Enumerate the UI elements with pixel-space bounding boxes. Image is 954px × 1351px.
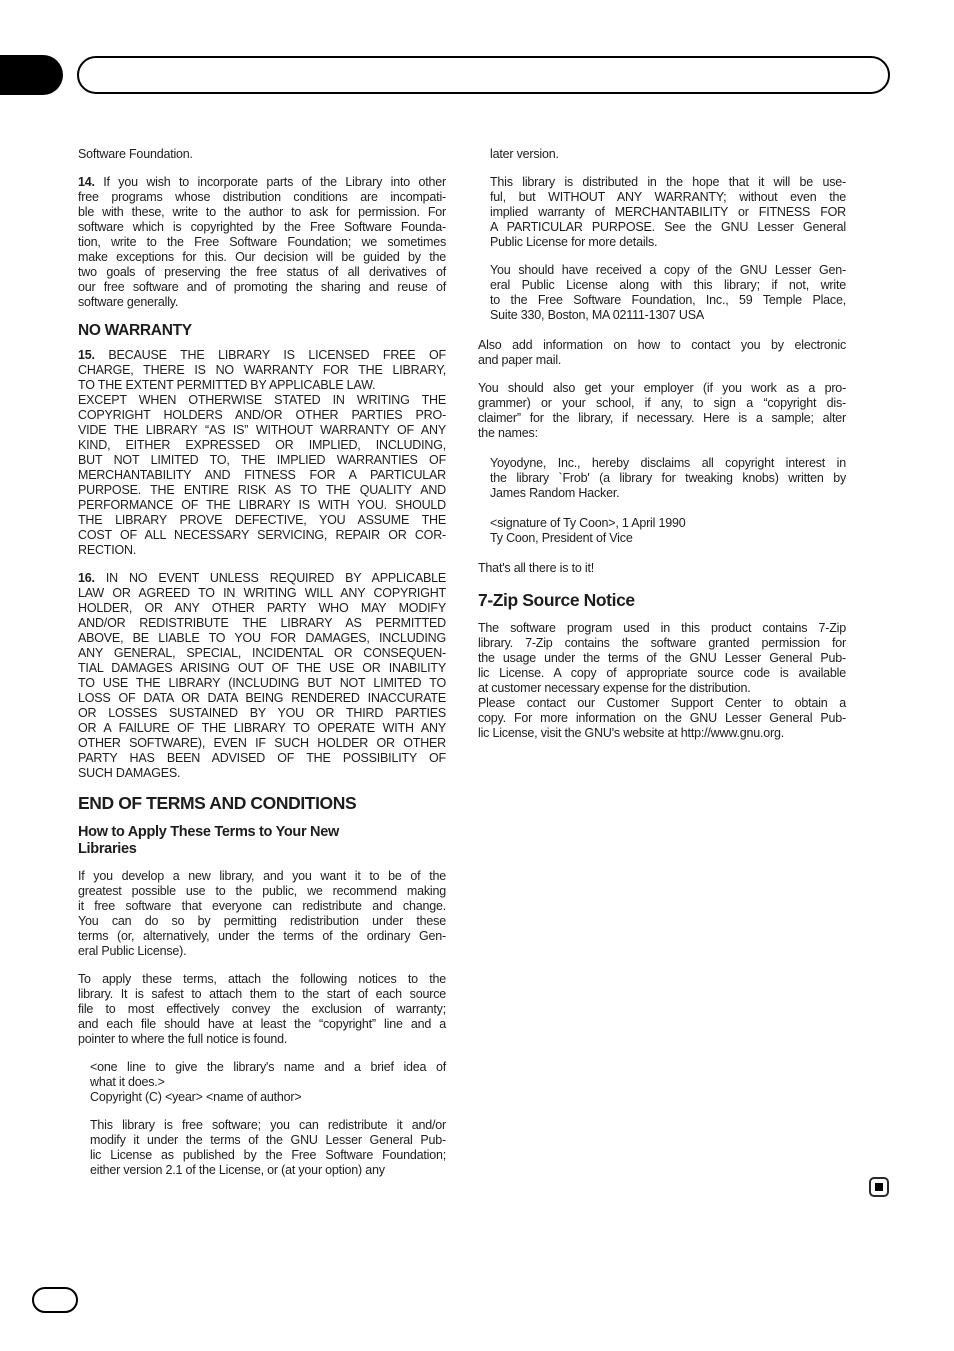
notice-block-signature: <signature of Ty Coon>, 1 April 1990Ty C…: [490, 516, 846, 546]
paragraph-employer: You should also get your employer (if yo…: [478, 381, 846, 441]
end-of-text-marker-icon: [869, 1177, 889, 1197]
heading-how-to-apply: How to Apply These Terms to Your NewLibr…: [78, 824, 446, 858]
notice-block-yoyodyne: Yoyodyne, Inc., hereby disclaims all cop…: [490, 456, 846, 501]
heading-end-of-terms: END OF TERMS AND CONDITIONS: [78, 794, 446, 813]
paragraph-7zip-b: Please contact our Customer Support Cent…: [478, 696, 846, 741]
paragraph-15: 15. BECAUSE THE LIBRARY IS LICENSED FREE…: [78, 348, 446, 558]
header-title-bar: [77, 56, 890, 94]
paragraph-also-add: Also add information on how to contact y…: [478, 338, 846, 368]
paragraph-number: 15.: [78, 348, 95, 362]
notice-block-copyright: Copyright (C) <year> <name of author>: [90, 1090, 446, 1105]
paragraph-14: 14. If you wish to incorporate parts of …: [78, 175, 446, 310]
paragraph-first-line: BECAUSE THE LIBRARY IS LICENSED FREE OF: [108, 348, 446, 362]
paragraph-first-line: IN NO EVENT UNLESS REQUIRED BY APPLICABL…: [106, 571, 446, 585]
continuation-text: Software Foundation.: [78, 147, 446, 162]
paragraph-received: You should have received a copy of the G…: [490, 263, 846, 323]
footer-oval-icon: [32, 1287, 78, 1313]
paragraph-lines: CHARGE, THERE IS NO WARRANTY FOR THE LIB…: [78, 363, 446, 393]
paragraph-lines: LAW OR AGREED TO IN WRITING WILL ANY COP…: [78, 586, 446, 781]
notice-block-free-software: This library is free software; you can r…: [90, 1118, 446, 1178]
right-column: later version. This library is distribut…: [478, 147, 846, 754]
continuation-later-version: later version.: [490, 147, 846, 162]
document-page: Software Foundation. 14. If you wish to …: [0, 0, 954, 1351]
heading-7zip-source-notice: 7-Zip Source Notice: [478, 591, 846, 610]
heading-no-warranty: NO WARRANTY: [78, 323, 446, 339]
paragraph-lines: free programs whose distribution conditi…: [78, 190, 446, 310]
paragraph-thats-all: That's all there is to it!: [478, 561, 846, 576]
paragraph-7zip-a: The software program used in this produc…: [478, 621, 846, 696]
paragraph-apply-terms: To apply these terms, attach the followi…: [78, 972, 446, 1047]
end-marker-square: [875, 1183, 883, 1191]
page-corner-tab-icon: [0, 55, 63, 95]
paragraph-number: 14.: [78, 175, 95, 189]
notice-block-one-line: <one line to give the library's name and…: [90, 1060, 446, 1090]
paragraph-16: 16. IN NO EVENT UNLESS REQUIRED BY APPLI…: [78, 571, 446, 781]
paragraph-number: 16.: [78, 571, 95, 585]
paragraph-first-line: If you wish to incorporate parts of the …: [103, 175, 446, 189]
paragraph-lines: EXCEPT WHEN OTHERWISE STATED IN WRITING …: [78, 393, 446, 558]
paragraph-distributed: This library is distributed in the hope …: [490, 175, 846, 250]
paragraph-develop: If you develop a new library, and you wa…: [78, 869, 446, 959]
left-column: Software Foundation. 14. If you wish to …: [78, 147, 446, 1191]
